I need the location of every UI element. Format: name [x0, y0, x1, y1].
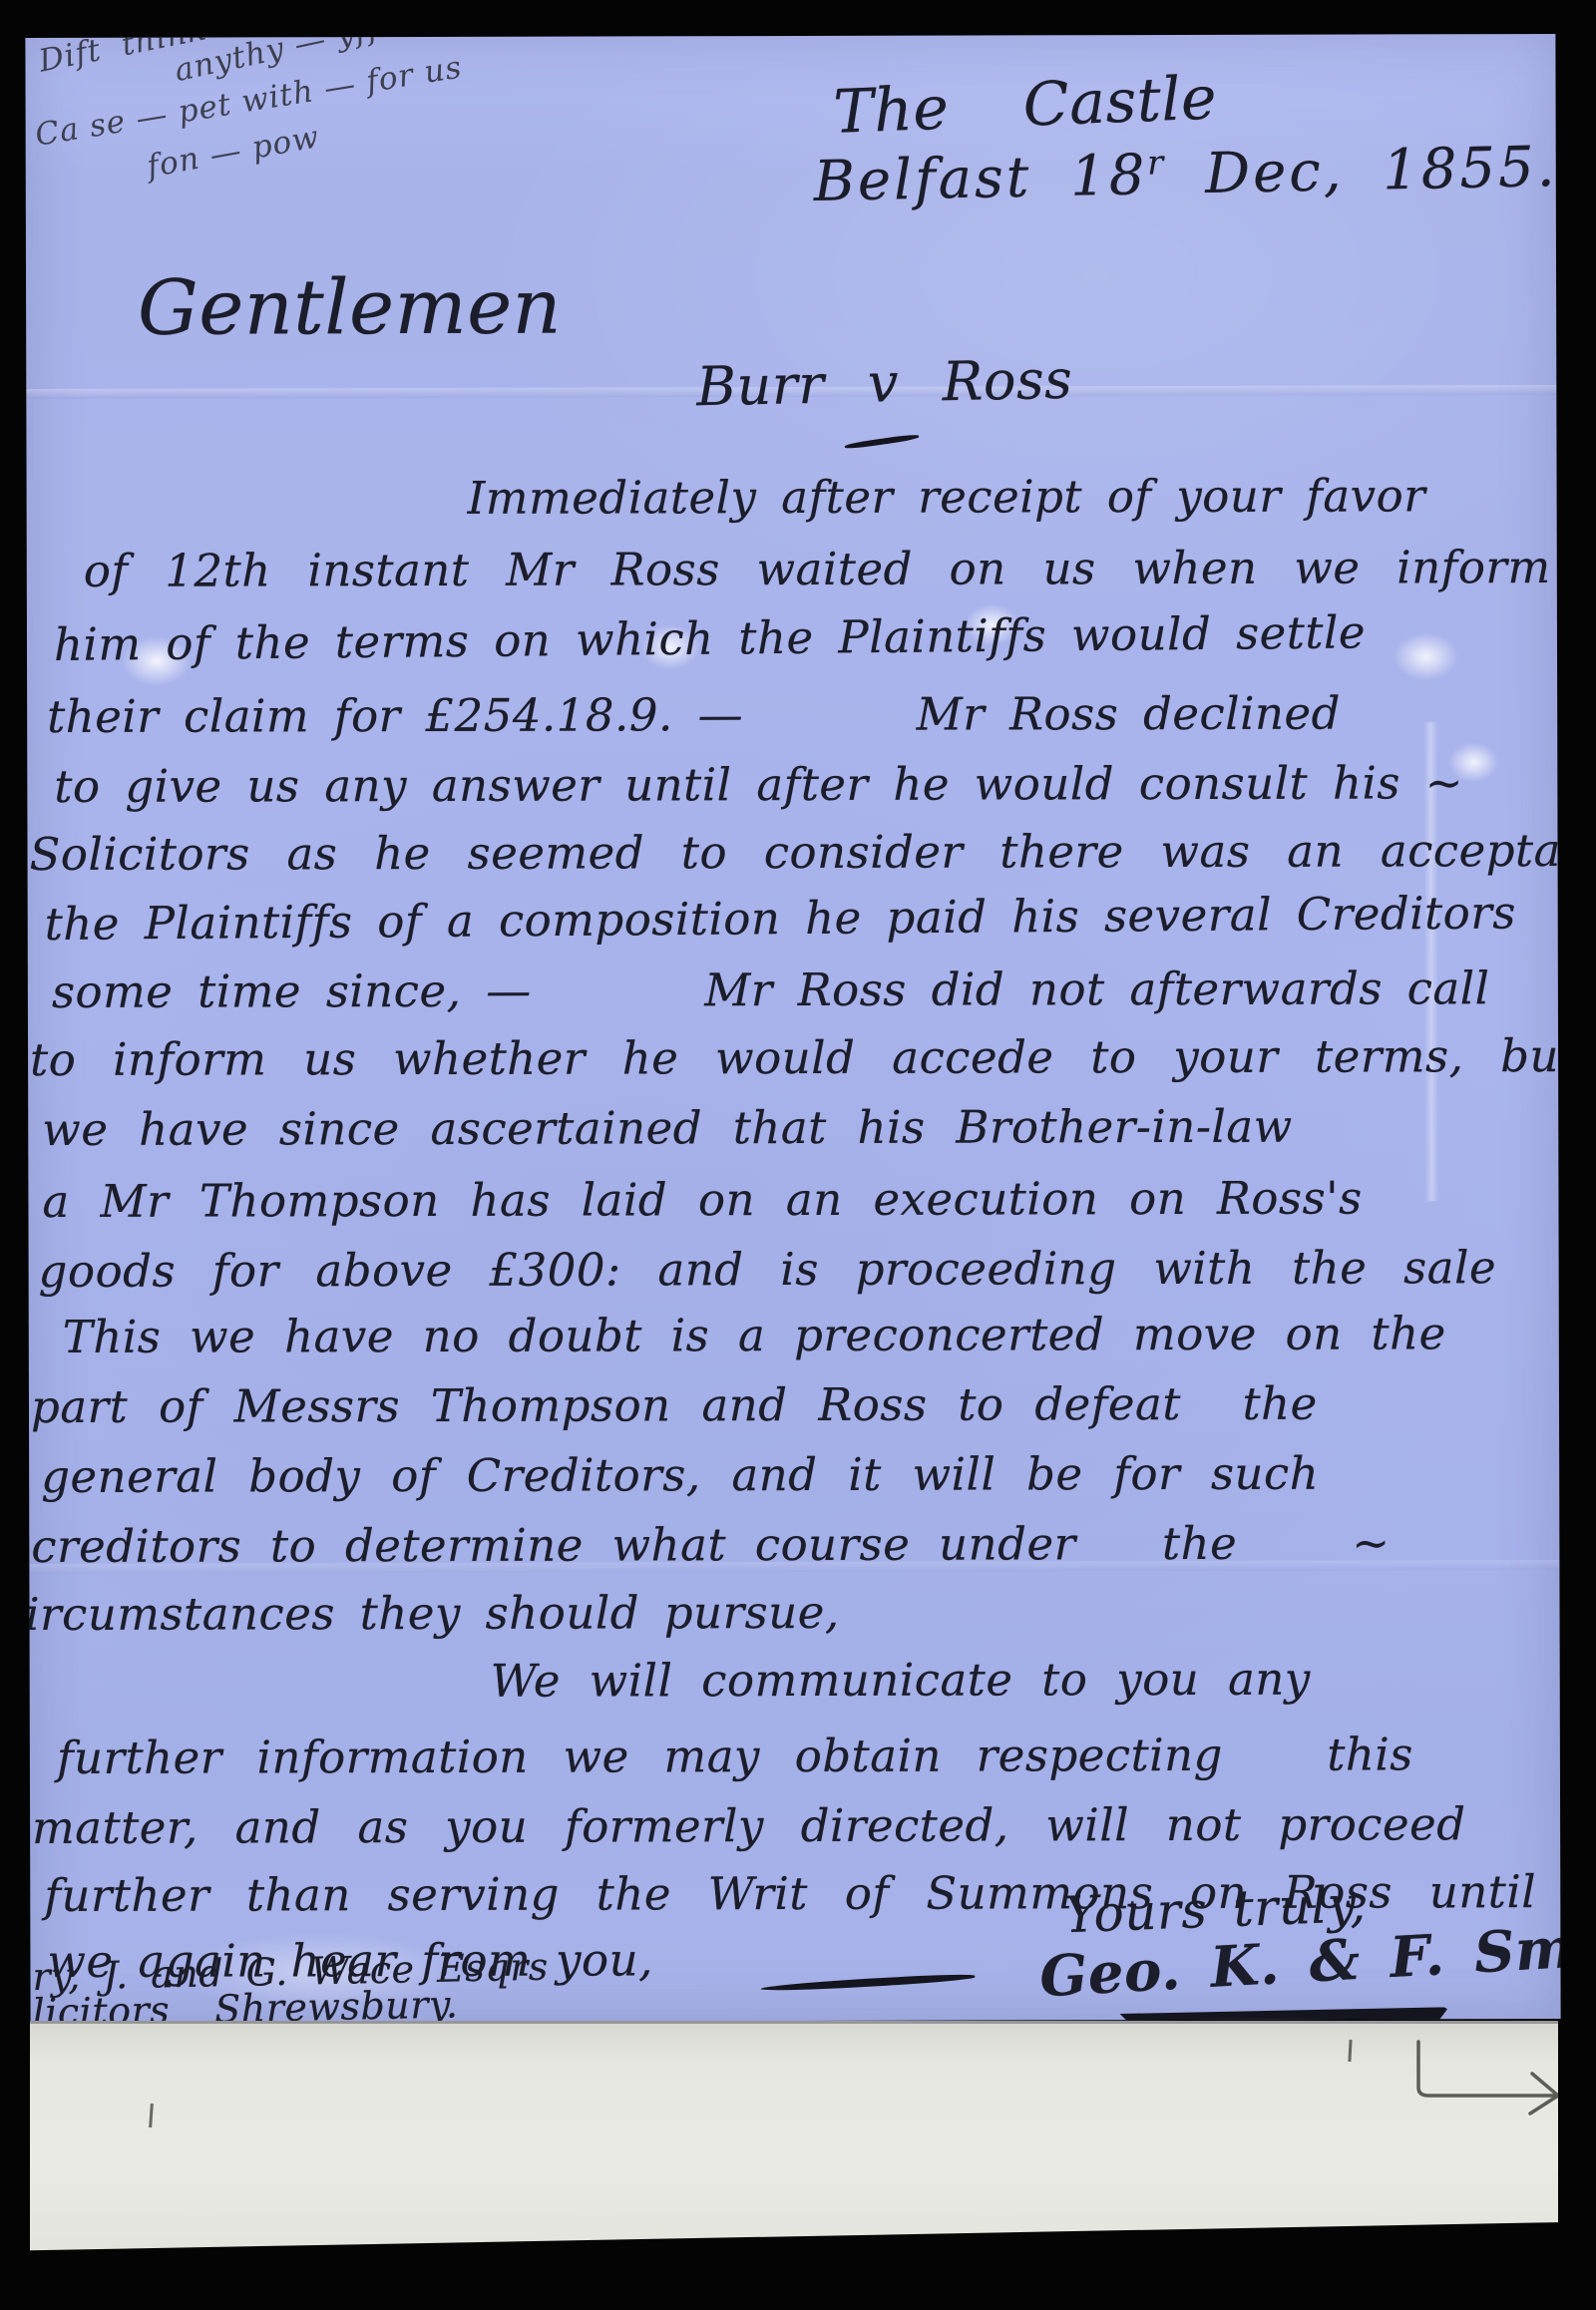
pencil-tick — [1348, 2040, 1352, 2062]
letter-line: to give us any answer until after he wou… — [54, 756, 1463, 813]
case-title-underline — [844, 433, 919, 450]
letter-line: him of the terms on which the Plaintiffs… — [54, 605, 1366, 671]
letter-line: We will communicate to you any — [491, 1653, 1311, 1708]
letter-paper: Dift think anythy — yff bears Ca se — pe… — [25, 34, 1560, 2023]
signature-flourish — [1120, 2007, 1449, 2021]
letter-line: of 12th instant Mr Ross waited on us whe… — [84, 541, 1551, 597]
arrow-mark-icon — [1404, 2038, 1574, 2122]
letter-line: their claim for £254.18.9. — Mr Ross dec… — [47, 687, 1341, 743]
backing-paper — [30, 2021, 1558, 2255]
dash-flourish — [760, 1973, 975, 1993]
salutation: Gentlemen — [138, 262, 562, 352]
case-title: Burr v Ross — [696, 348, 1073, 419]
letter-line: a Mr Thompson has laid on an execution o… — [42, 1172, 1362, 1228]
letter-line: creditors to determine what course under… — [31, 1516, 1390, 1573]
letter-line: goods for above £300: and is proceeding … — [39, 1241, 1497, 1298]
letter-line: part of Messrs Thompson and Ross to defe… — [31, 1377, 1318, 1433]
letter-line: Immediately after receipt of your favor — [468, 469, 1426, 525]
letter-line: Solicitors as he seemed to consider ther… — [29, 824, 1560, 881]
letter-line: This we have no doubt is a preconcerted … — [63, 1307, 1446, 1363]
letter-place: The Castle — [832, 63, 1218, 147]
scanned-letter: Dift think anythy — yff bears Ca se — pe… — [0, 0, 1596, 2310]
letter-line: circumstances they should pursue, — [25, 1586, 839, 1641]
letter-line: further information we may obtain respec… — [57, 1728, 1413, 1784]
paper-blotch — [1394, 632, 1458, 680]
dateline-text: Belfast 18 — [813, 143, 1148, 214]
letter-line: some time since, — Mr Ross did not after… — [52, 962, 1490, 1018]
letter-line: the Plaintiffs of a composition he paid … — [45, 886, 1517, 951]
letter-dateline: Belfast 18r Dec, 1855. — [813, 135, 1558, 214]
letter-line: to inform us whether he would accede to … — [30, 1029, 1561, 1086]
letter-line: we have since ascertained that his Broth… — [42, 1100, 1293, 1156]
dateline-superscript: r — [1147, 143, 1167, 182]
letter-line: matter, and as you formerly directed, wi… — [32, 1797, 1466, 1854]
letter-line: general body of Creditors, and it will b… — [41, 1447, 1319, 1503]
dateline-text: Dec, 1855. — [1166, 135, 1558, 207]
pencil-tick — [149, 2104, 154, 2127]
